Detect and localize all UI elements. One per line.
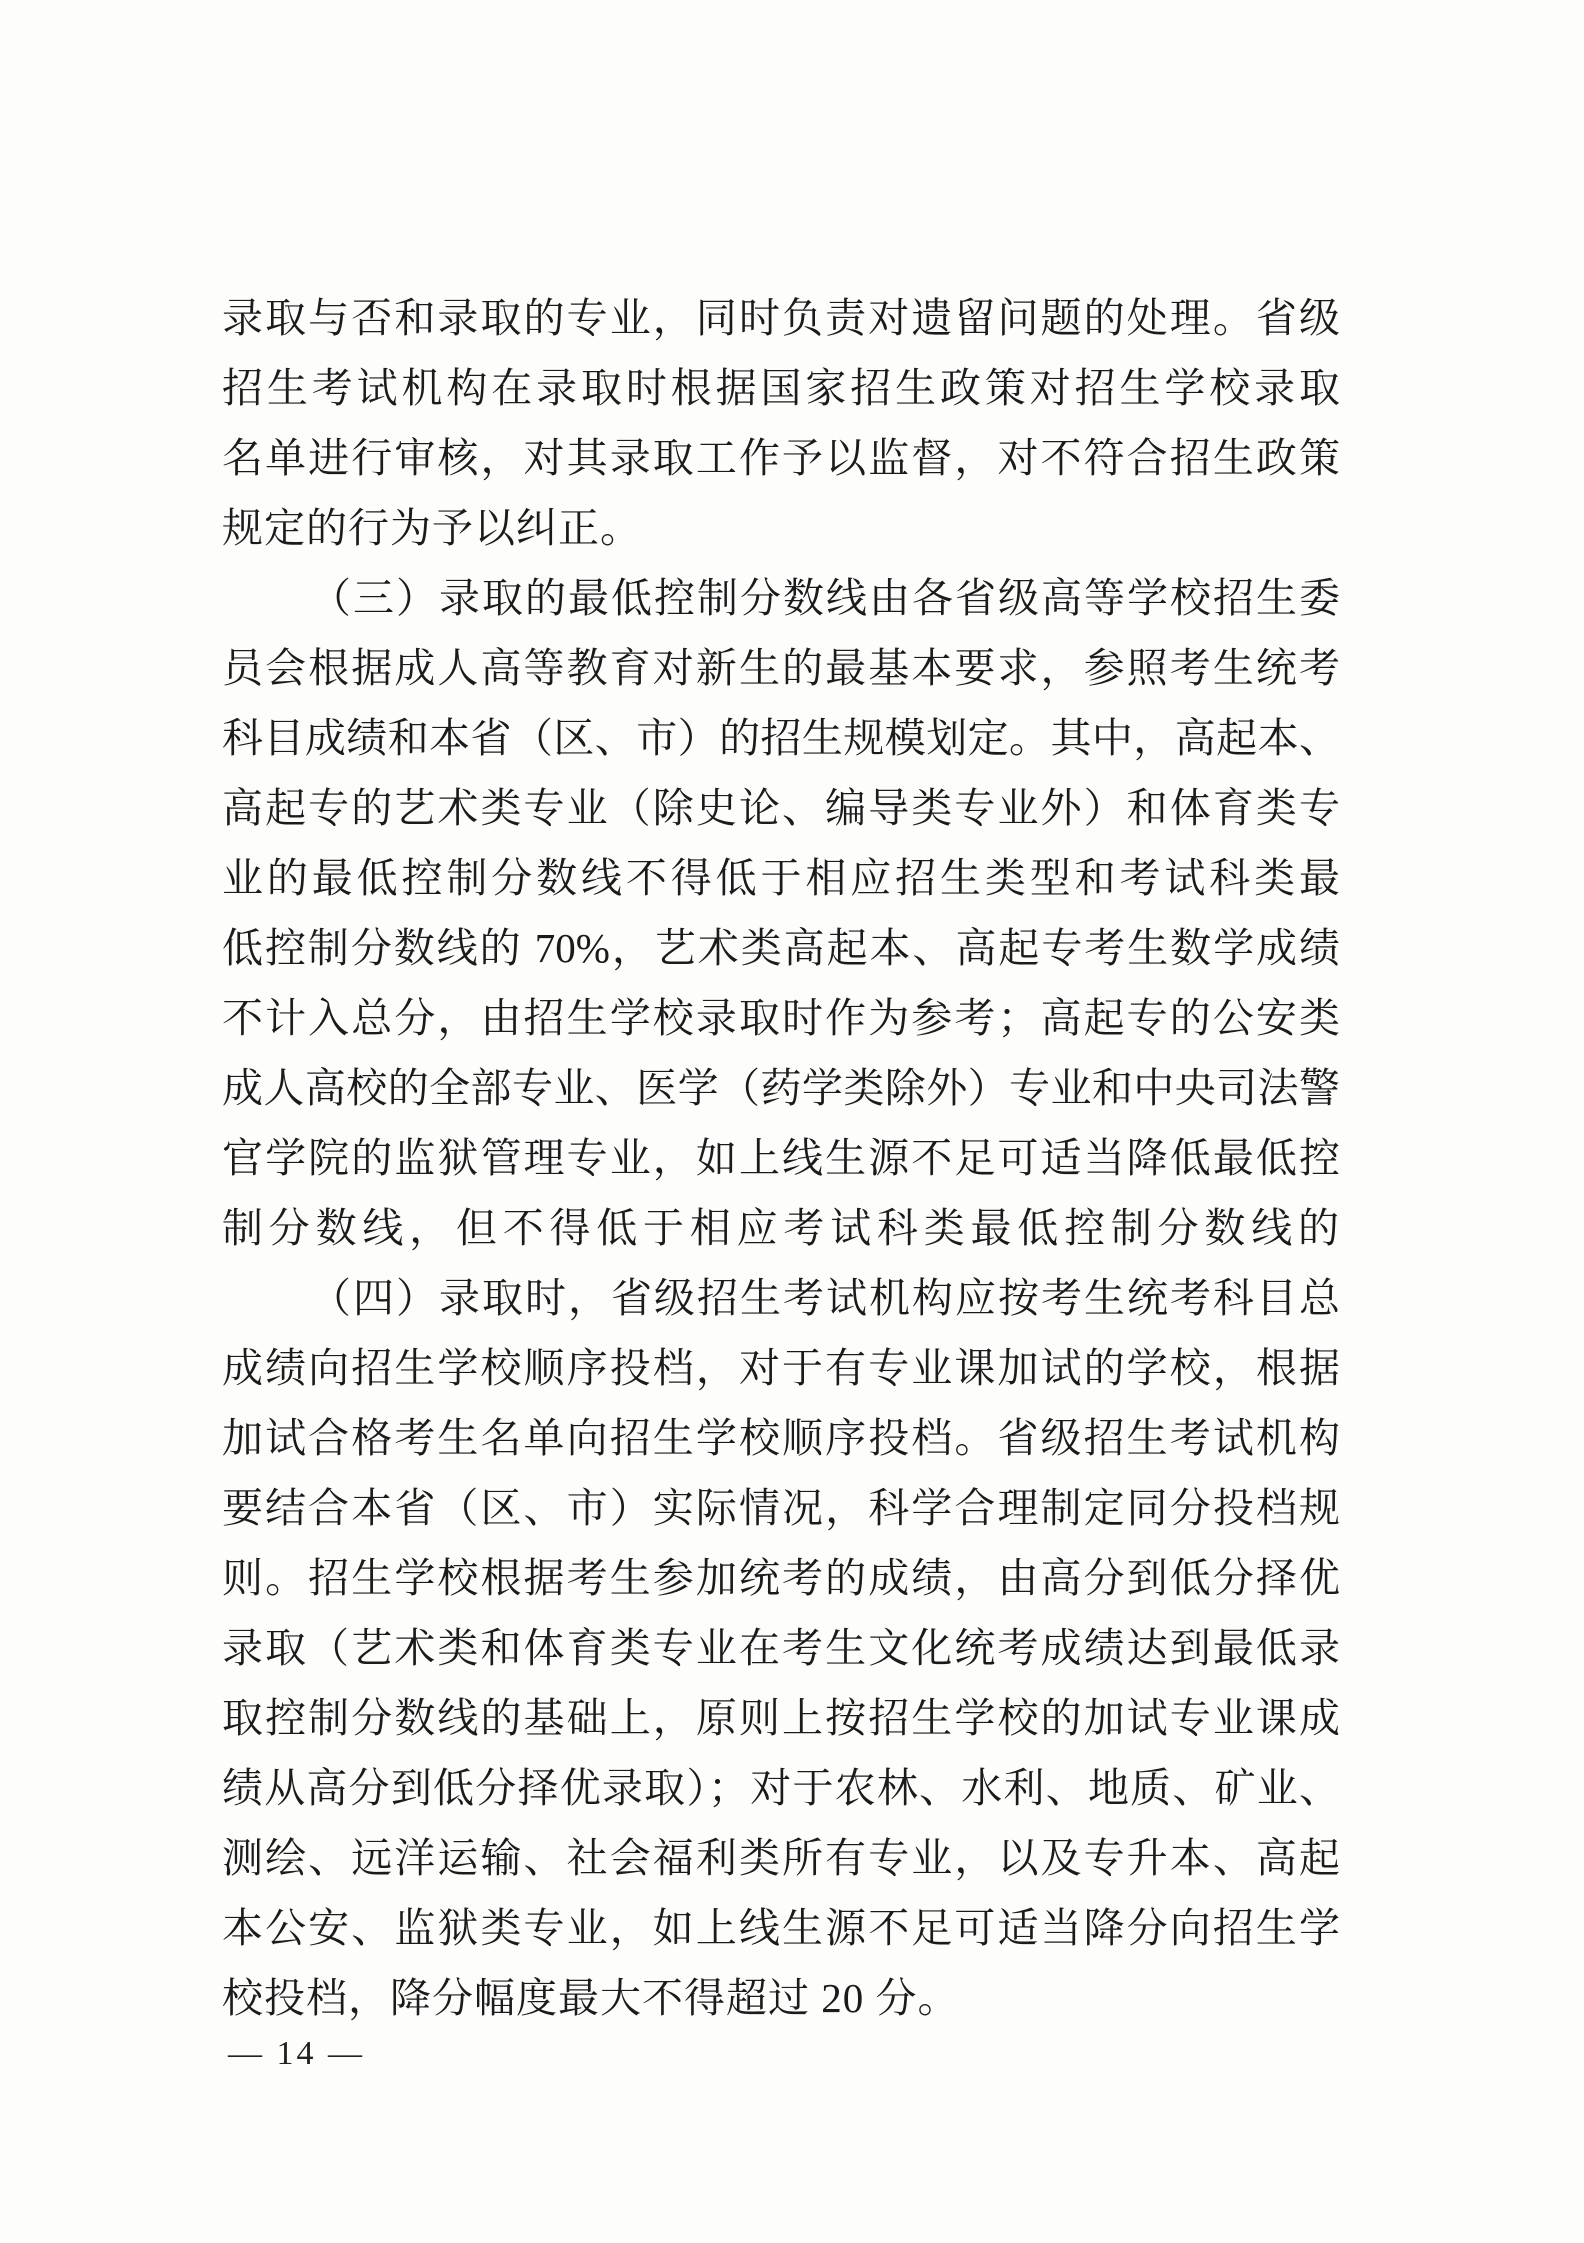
text-line: 要结合本省（区、市）实际情况，科学合理制定同分投档规 [222, 1473, 1340, 1543]
text-line: 不计入总分，由招生学校录取时作为参考；高起专的公安类 [222, 983, 1340, 1053]
text-line: 业的最低控制分数线不得低于相应招生类型和考试科类最 [222, 843, 1340, 913]
text-line: 取控制分数线的基础上，原则上按招生学校的加试专业课成 [222, 1683, 1340, 1753]
text-line: 测绘、远洋运输、社会福利类所有专业，以及专升本、高起 [222, 1823, 1340, 1893]
text-line: 招生考试机构在录取时根据国家招生政策对招生学校录取 [222, 353, 1340, 423]
text-line: 成人高校的全部专业、医学（药学类除外）专业和中央司法警 [222, 1053, 1340, 1123]
text-line: 名单进行审核，对其录取工作予以监督，对不符合招生政策 [222, 423, 1340, 493]
text-line: 加试合格考生名单向招生学校顺序投档。省级招生考试机构 [222, 1403, 1340, 1473]
text-line: 录取与否和录取的专业，同时负责对遗留问题的处理。省级 [222, 283, 1340, 353]
page-footer: — 14 — [228, 2030, 365, 2078]
text-line: 官学院的监狱管理专业，如上线生源不足可适当降低最低控 [222, 1123, 1340, 1193]
document-body: 录取与否和录取的专业，同时负责对遗留问题的处理。省级招生考试机构在录取时根据国家… [222, 283, 1340, 2033]
text-line: 规定的行为予以纠正。 [222, 493, 1340, 563]
paragraph: （四）录取时，省级招生考试机构应按考生统考科目总成绩向招生学校顺序投档，对于有专… [222, 1263, 1340, 2033]
text-line: 科目成绩和本省（区、市）的招生规模划定。其中，高起本、 [222, 703, 1340, 773]
page-number: — 14 — [228, 2035, 365, 2072]
text-line: 员会根据成人高等教育对新生的最基本要求，参照考生统考 [222, 633, 1340, 703]
paragraph: （三）录取的最低控制分数线由各省级高等学校招生委员会根据成人高等教育对新生的最基… [222, 563, 1340, 1263]
document-page: 录取与否和录取的专业，同时负责对遗留问题的处理。省级招生考试机构在录取时根据国家… [0, 0, 1584, 2243]
text-line: 成绩向招生学校顺序投档，对于有专业课加试的学校，根据 [222, 1333, 1340, 1403]
text-line: （三）录取的最低控制分数线由各省级高等学校招生委 [222, 563, 1340, 633]
text-line: 则。招生学校根据考生参加统考的成绩，由高分到低分择优 [222, 1543, 1340, 1613]
text-line: 校投档，降分幅度最大不得超过 20 分。 [222, 1963, 1340, 2033]
text-line: 高起专的艺术类专业（除史论、编导类专业外）和体育类专 [222, 773, 1340, 843]
text-line: 录取（艺术类和体育类专业在考生文化统考成绩达到最低录 [222, 1613, 1340, 1683]
text-line: （四）录取时，省级招生考试机构应按考生统考科目总 [222, 1263, 1340, 1333]
paragraph: 录取与否和录取的专业，同时负责对遗留问题的处理。省级招生考试机构在录取时根据国家… [222, 283, 1340, 563]
text-line: 低控制分数线的 70%，艺术类高起本、高起专考生数学成绩 [222, 913, 1340, 983]
text-line: 本公安、监狱类专业，如上线生源不足可适当降分向招生学 [222, 1893, 1340, 1963]
text-line: 制分数线，但不得低于相应考试科类最低控制分数线的 70%。 [222, 1193, 1340, 1263]
text-line: 绩从高分到低分择优录取）；对于农林、水利、地质、矿业、 [222, 1753, 1340, 1823]
